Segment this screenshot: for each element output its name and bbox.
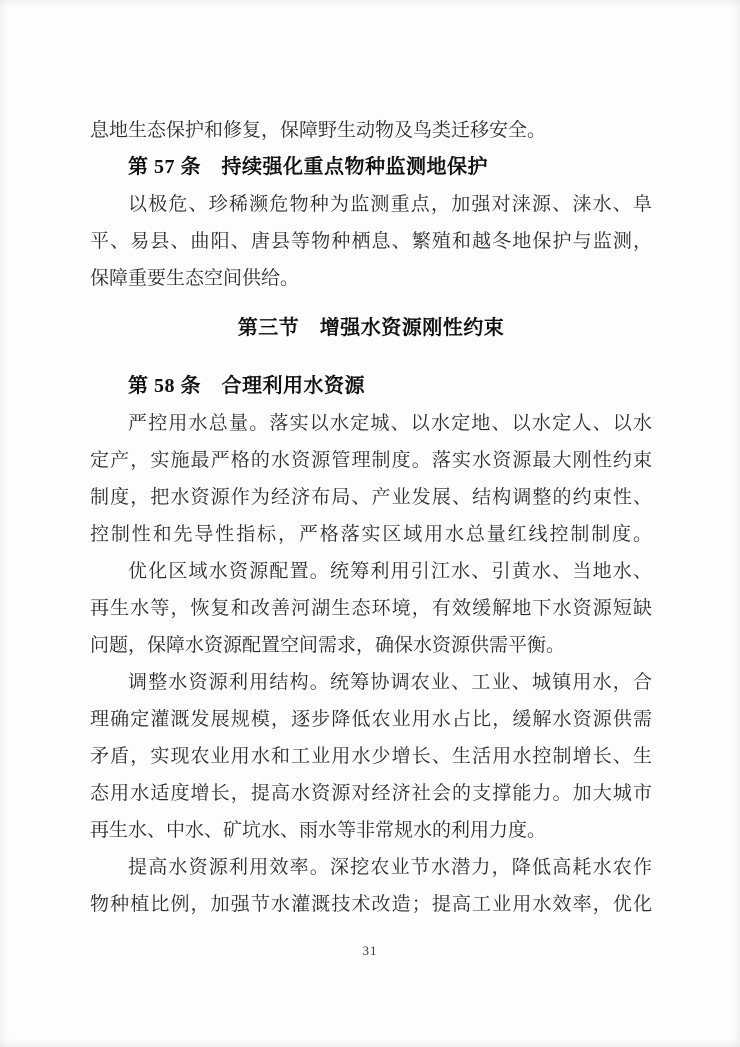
section-heading: 第三节 增强水资源刚性约束 — [90, 310, 652, 347]
paragraph-line: 以极危、珍稀濒危物种为监测重点，加强对涞源、涞水、阜 — [90, 186, 652, 223]
paragraph-line: 物种植比例，加强节水灌溉技术改造；提高工业用水效率，优化 — [90, 886, 652, 923]
document-page: 息地生态保护和修复，保障野生动物及鸟类迁移安全。第 57 条 持续强化重点物种监… — [0, 0, 740, 1047]
paragraph-line: 保障重要生态空间供给。 — [90, 260, 652, 297]
paragraph-line: 问题，保障水资源配置空间需求，确保水资源供需平衡。 — [90, 627, 652, 664]
paragraph-line: 优化区域水资源配置。统筹利用引江水、引黄水、当地水、 — [90, 553, 652, 590]
paragraph-line: 制度，把水资源作为经济布局、产业发展、结构调整的约束性、 — [90, 479, 652, 516]
paragraph-line: 平、易县、曲阳、唐县等物种栖息、繁殖和越冬地保护与监测， — [90, 223, 652, 260]
article-heading: 第 58 条 合理利用水资源 — [90, 368, 652, 405]
paragraph-line: 再生水、中水、矿坑水、雨水等非常规水的利用力度。 — [90, 812, 652, 849]
document-content: 息地生态保护和修复，保障野生动物及鸟类迁移安全。第 57 条 持续强化重点物种监… — [90, 112, 652, 923]
paragraph-line: 调整水资源利用结构。统筹协调农业、工业、城镇用水，合 — [90, 664, 652, 701]
paragraph-line: 矛盾，实现农业用水和工业用水少增长、生活用水控制增长、生 — [90, 738, 652, 775]
page-number: 31 — [0, 943, 740, 959]
paragraph-line: 提高水资源利用效率。深挖农业节水潜力，降低高耗水农作 — [90, 849, 652, 886]
paragraph-line: 严控用水总量。落实以水定城、以水定地、以水定人、以水 — [90, 405, 652, 442]
paragraph-line: 态用水适度增长，提高水资源对经济社会的支撑能力。加大城市 — [90, 775, 652, 812]
paragraph-line: 定产，实施最严格的水资源管理制度。落实水资源最大刚性约束 — [90, 442, 652, 479]
article-heading: 第 57 条 持续强化重点物种监测地保护 — [90, 149, 652, 186]
paragraph-line: 再生水等，恢复和改善河湖生态环境，有效缓解地下水资源短缺 — [90, 590, 652, 627]
paragraph-line: 息地生态保护和修复，保障野生动物及鸟类迁移安全。 — [90, 112, 652, 149]
paragraph-line: 控制性和先导性指标，严格落实区域用水总量红线控制制度。 — [90, 516, 652, 553]
paragraph-line: 理确定灌溉发展规模，逐步降低农业用水占比，缓解水资源供需 — [90, 701, 652, 738]
